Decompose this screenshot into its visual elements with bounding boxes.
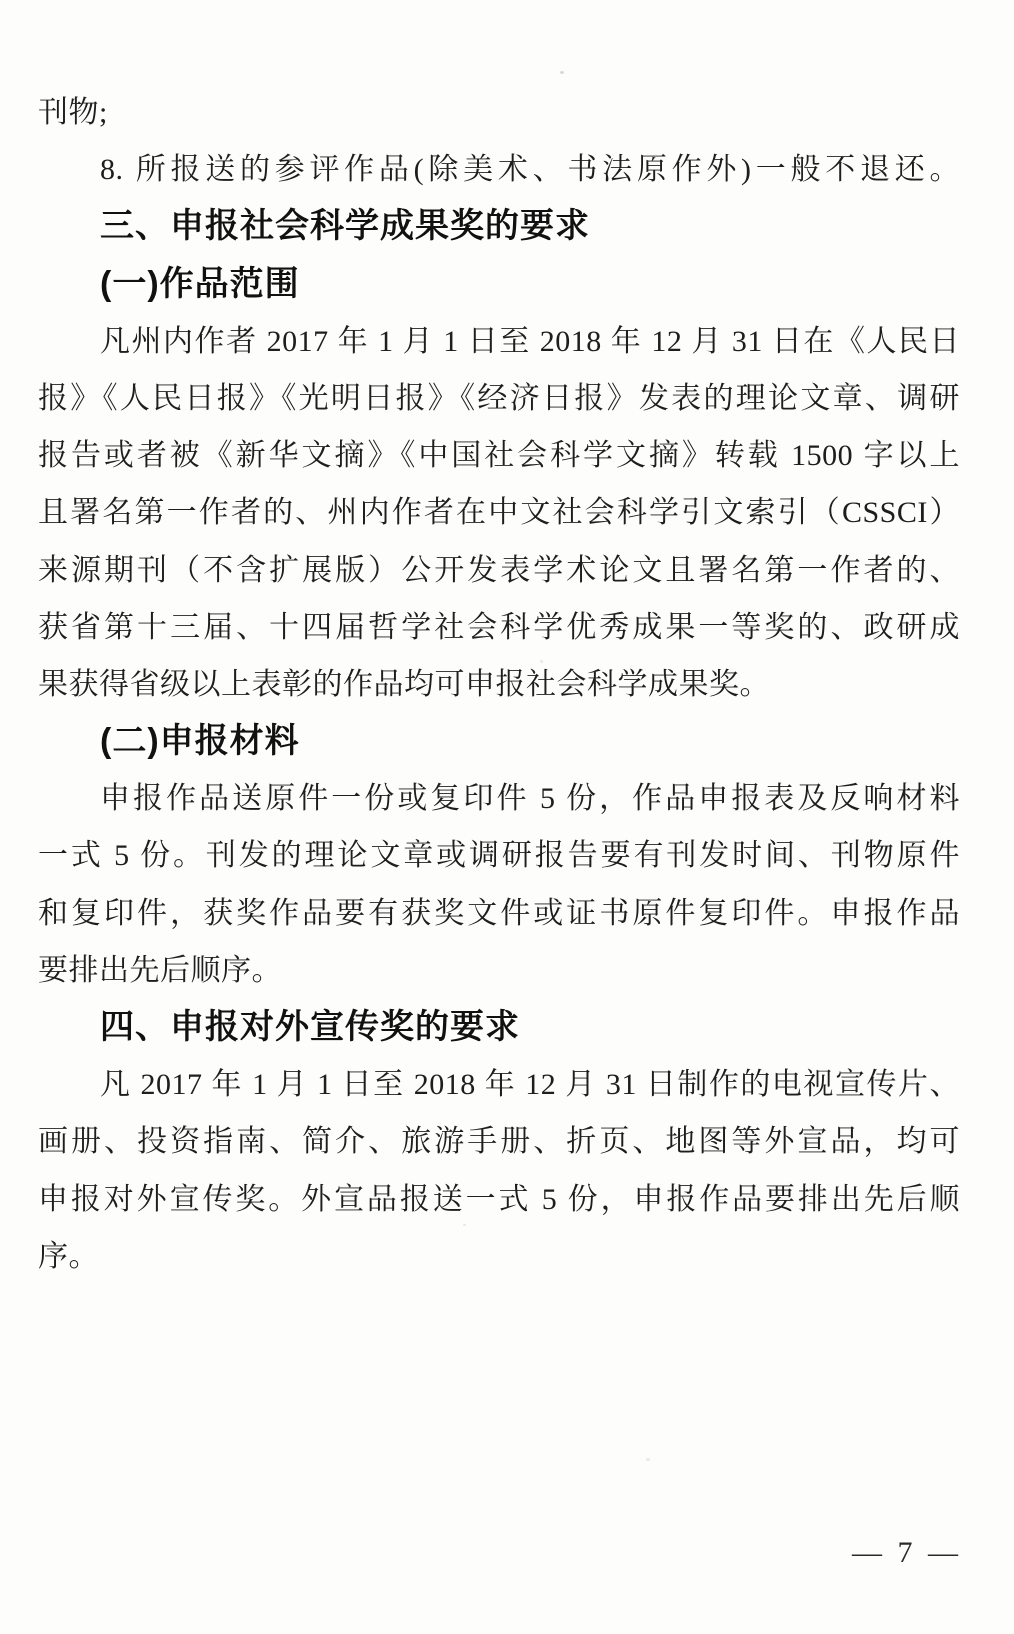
text-line: 和复印件，获奖作品要有获奖文件或证书原件复印件。申报作品 [38,885,960,942]
section-heading: 三、申报社会科学成果奖的要求 [38,198,960,255]
text-line: 来源期刊（不含扩展版）公开发表学术论文且署名第一作者的、 [38,542,960,599]
text-line: 申报对外宣传奖。外宣品报送一式 5 份，申报作品要排出先后顺 [38,1171,960,1228]
text-line: 8. 所报送的参评作品(除美术、书法原作外)一般不退还。 [38,141,960,198]
scan-speck [560,71,564,74]
text-line: 果获得省级以上表彰的作品均可申报社会科学成果奖。 [38,656,960,713]
text-line: 凡 2017 年 1 月 1 日至 2018 年 12 月 31 日制作的电视宣… [38,1056,960,1113]
text-line: 申报作品送原件一份或复印件 5 份，作品申报表及反响材料 [38,770,960,827]
document-page: 刊物; 8. 所报送的参评作品(除美术、书法原作外)一般不退还。 三、申报社会科… [0,0,1014,1634]
text-line: 刊物; [38,84,960,141]
scan-speck [540,660,543,663]
text-line: 序。 [38,1228,960,1285]
text-line: 且署名第一作者的、州内作者在中文社会科学引文索引（CSSCI） [38,484,960,541]
text-line: 凡州内作者 2017 年 1 月 1 日至 2018 年 12 月 31 日在《… [38,313,960,370]
section-heading: (一)作品范围 [38,256,960,313]
text-line: 要排出先后顺序。 [38,942,960,999]
scan-speck [646,1458,650,1461]
text-line: 一式 5 份。刊发的理论文章或调研报告要有刊发时间、刊物原件 [38,827,960,884]
text-line: 画册、投资指南、简介、旅游手册、折页、地图等外宣品，均可 [38,1113,960,1170]
section-heading: 四、申报对外宣传奖的要求 [38,999,960,1056]
text-line: 报》《人民日报》《光明日报》《经济日报》发表的理论文章、调研 [38,370,960,427]
text-line: 报告或者被《新华文摘》《中国社会科学文摘》转载 1500 字以上 [38,427,960,484]
text-line: 获省第十三届、十四届哲学社会科学优秀成果一等奖的、政研成 [38,599,960,656]
document-body: 刊物; 8. 所报送的参评作品(除美术、书法原作外)一般不退还。 三、申报社会科… [38,84,960,1285]
scan-speck [463,1224,466,1226]
page-number: — 7 — [852,1536,962,1570]
section-heading: (二)申报材料 [38,713,960,770]
